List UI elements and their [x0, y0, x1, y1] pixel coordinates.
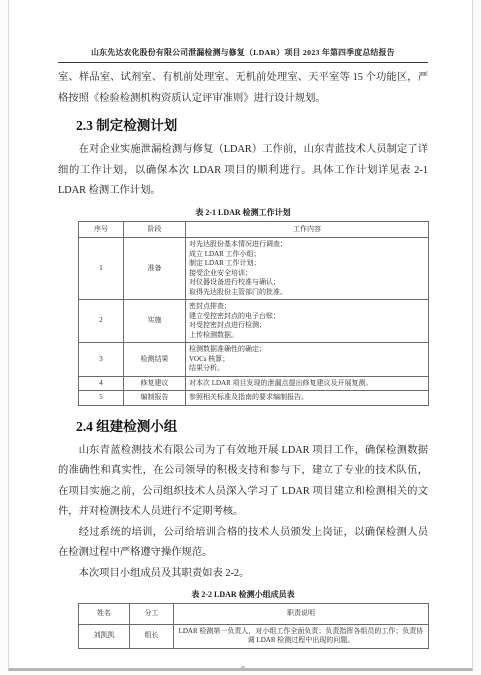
table-row: 4 修复建议 对本次 LDAR 项目发现的泄漏点提出修复建议及开展复测。 [79, 376, 429, 391]
intro-paragraph: 室、样品室、试剂室、有机前处理室、无机前处理室、天平室等 15 个功能区，严格按… [58, 68, 428, 109]
table-row: 刘凯凯 组长 LDAR 检测第一负责人，对小组工作全面负责；负责指挥各组员的工作… [79, 624, 429, 648]
cell-stage: 检测结果 [124, 343, 186, 377]
cell-no: 4 [79, 376, 124, 391]
document-page: 山东先达农化股份有限公司泄漏检测与修复（LDAR）项目 2023 年第四季度总结… [8, 0, 473, 671]
table-2-2-header-row: 姓名 分工 职责说明 [79, 604, 429, 625]
cell-role: 组长 [130, 624, 174, 648]
section-2-4-paragraph-1: 山东青蓝检测技术有限公司为了有效地开展 LDAR 项目工作，确保检测数据的准确性… [58, 441, 428, 523]
table-2-1-caption: 表 2-1 LDAR 检测工作计划 [58, 207, 428, 218]
column-header-name: 姓名 [79, 604, 130, 625]
table-2-2-caption: 表 2-2 LDAR 检测小组成员表 [58, 589, 428, 600]
cell-content: 对先达股份基本情况进行调查； 成立 LDAR 工作小组； 制定 LDAR 工作计… [186, 238, 429, 300]
table-2-2: 姓名 分工 职责说明 刘凯凯 组长 LDAR 检测第一负责人，对小组工作全面负责… [78, 603, 429, 649]
table-2-1-header-row: 序号 阶段 工作内容 [79, 221, 429, 238]
cell-stage: 实施 [124, 300, 186, 343]
cell-name: 刘凯凯 [79, 624, 130, 648]
section-2-4-paragraph-3: 本次项目小组成员及其职责如表 2-2。 [58, 564, 428, 585]
section-2-4-title: 2.4 组建检测小组 [76, 418, 428, 436]
cell-no: 2 [79, 300, 124, 343]
column-header-stage: 阶段 [124, 221, 186, 238]
page-number: 6 [58, 666, 428, 672]
table-row: 2 实施 密封点排查； 建立受控密封点的电子台账； 对受控密封点进行检测； 上传… [79, 300, 429, 343]
cell-duty: LDAR 检测第一负责人，对小组工作全面负责；负责指挥各组员的工作；负责协调 L… [174, 624, 429, 648]
column-header-content: 工作内容 [186, 221, 429, 238]
cell-stage: 编制报告 [124, 391, 186, 406]
table-row: 1 准备 对先达股份基本情况进行调查； 成立 LDAR 工作小组； 制定 LDA… [79, 238, 429, 300]
cell-content: 对本次 LDAR 项目发现的泄漏点提出修复建议及开展复测。 [186, 376, 429, 391]
column-header-role: 分工 [130, 604, 174, 625]
cell-content: 密封点排查； 建立受控密封点的电子台账； 对受控密封点进行检测； 上传检测数据。 [186, 300, 429, 343]
section-2-3-title: 2.3 制定检测计划 [76, 117, 428, 135]
cell-content: 参照相关标准及指南的要求编制报告。 [186, 391, 429, 406]
cell-no: 5 [79, 391, 124, 406]
table-2-1: 序号 阶段 工作内容 1 准备 对先达股份基本情况进行调查； 成立 LDAR 工… [78, 221, 429, 406]
cell-no: 1 [79, 238, 124, 300]
section-2-4-paragraph-2: 经过系统的培训，公司给培训合格的技术人员颁发上岗证，以确保检测人员在检测过程中严… [58, 523, 428, 564]
column-header-no: 序号 [79, 221, 124, 238]
section-2-3-paragraph: 在对企业实施泄漏检测与修复（LDAR）工作前，山东青蓝技术人员制定了详细的工作计… [58, 140, 428, 202]
cell-content: 检测数据准确性的确定； VOCs 核算； 结果分析。 [186, 343, 429, 377]
table-row: 3 检测结果 检测数据准确性的确定； VOCs 核算； 结果分析。 [79, 343, 429, 377]
cell-no: 3 [79, 343, 124, 377]
running-header: 山东先达农化股份有限公司泄漏检测与修复（LDAR）项目 2023 年第四季度总结… [58, 47, 428, 63]
cell-stage: 修复建议 [124, 376, 186, 391]
cell-stage: 准备 [124, 238, 186, 300]
table-row: 5 编制报告 参照相关标准及指南的要求编制报告。 [79, 391, 429, 406]
column-header-duty: 职责说明 [174, 604, 429, 625]
